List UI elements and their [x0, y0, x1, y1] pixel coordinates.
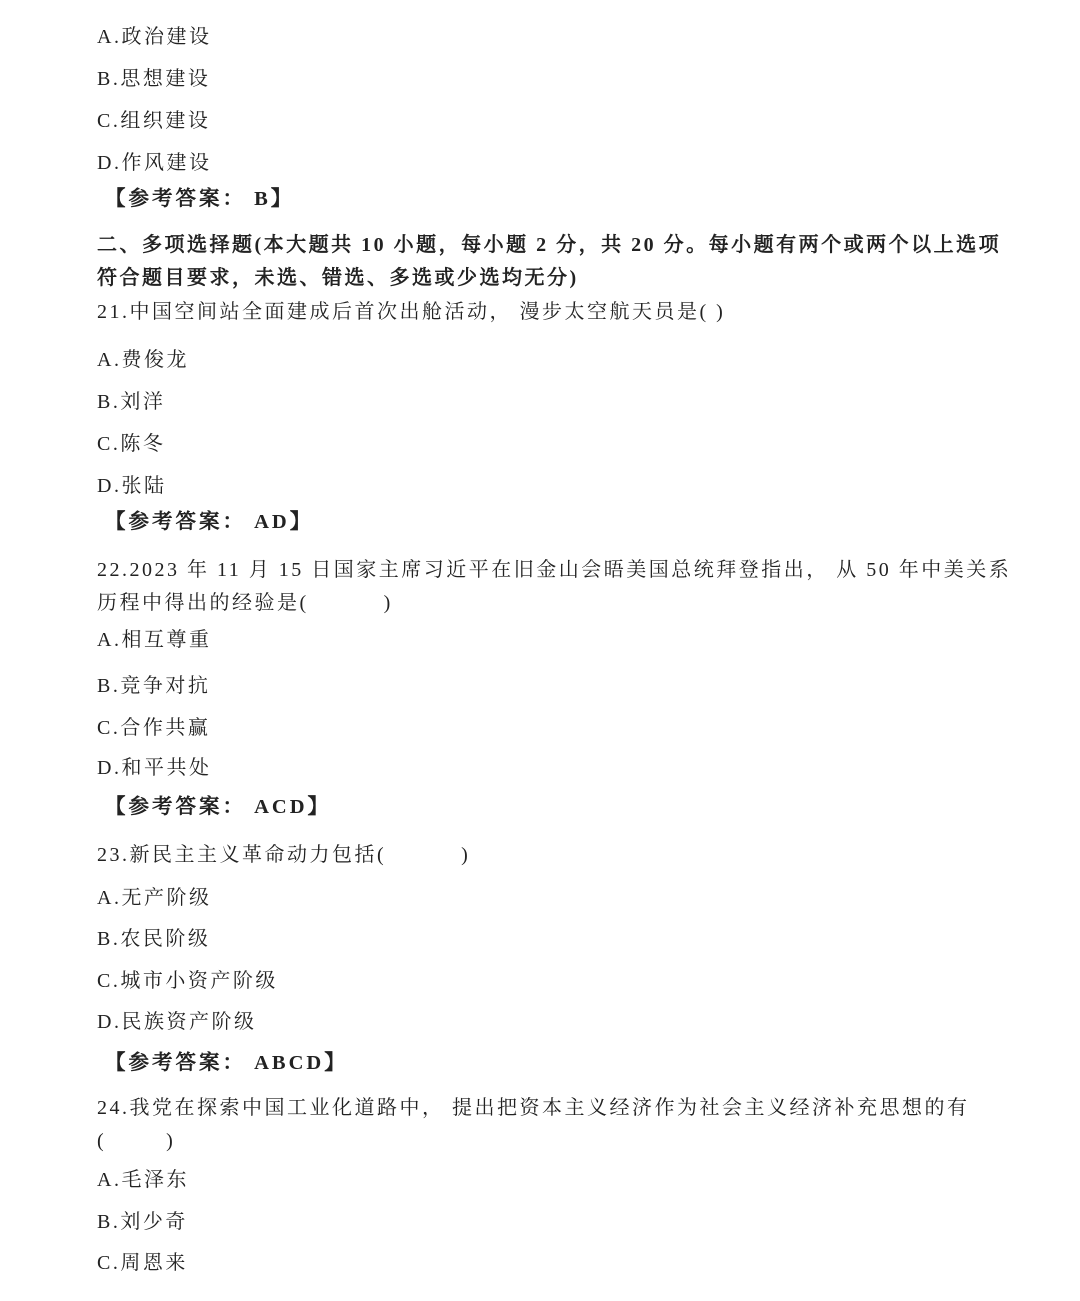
prev-question-option-c: C.组织建设: [97, 105, 210, 137]
q24-stem-line-1: 24.我党在探索中国工业化道路中， 提出把资本主义经济作为社会主义经济补充思想的…: [97, 1092, 970, 1125]
prev-question-option-a: A.政治建设: [97, 21, 211, 53]
q21-option-d: D.张陆: [97, 470, 166, 502]
prev-question-answer: 【参考答案： B】: [105, 183, 294, 215]
exam-document-page: A.政治建设 B.思想建设 C.组织建设 D.作风建设 【参考答案： B】 二、…: [0, 0, 1080, 1301]
q21-stem: 21.中国空间站全面建成后首次出舱活动， 漫步太空航天员是( ): [97, 296, 725, 328]
q22-stem-line-2: 历程中得出的经验是( ): [97, 587, 1011, 620]
section-header: 二、多项选择题(本大题共 10 小题，每小题 2 分，共 20 分。每小题有两个…: [97, 229, 1001, 295]
q24-stem-line-2: ( ): [97, 1125, 970, 1158]
q22-answer: 【参考答案： ACD】: [105, 791, 331, 823]
q24-option-b: B.刘少奇: [97, 1206, 188, 1238]
section-header-line-1: 二、多项选择题(本大题共 10 小题，每小题 2 分，共 20 分。每小题有两个…: [97, 229, 1001, 262]
q21-option-c: C.陈冬: [97, 428, 165, 460]
q21-option-a: A.费俊龙: [97, 344, 189, 376]
q23-answer: 【参考答案： ABCD】: [105, 1047, 348, 1079]
section-header-line-2: 符合题目要求，未选、错选、多选或少选均无分): [97, 262, 1001, 295]
q23-option-c: C.城市小资产阶级: [97, 965, 278, 997]
prev-question-option-b: B.思想建设: [97, 63, 210, 95]
q22-stem-line-1: 22.2023 年 11 月 15 日国家主席习近平在旧金山会晤美国总统拜登指出…: [97, 554, 1011, 587]
q24-option-c: C.周恩来: [97, 1247, 188, 1279]
prev-question-option-d: D.作风建设: [97, 147, 211, 179]
q23-option-b: B.农民阶级: [97, 923, 210, 955]
q22-option-b: B.竞争对抗: [97, 670, 210, 702]
q24-stem: 24.我党在探索中国工业化道路中， 提出把资本主义经济作为社会主义经济补充思想的…: [97, 1092, 970, 1158]
q21-answer: 【参考答案： AD】: [105, 506, 313, 538]
q23-stem: 23.新民主主义革命动力包括( ): [97, 839, 470, 871]
q21-option-b: B.刘洋: [97, 386, 165, 418]
q23-option-a: A.无产阶级: [97, 882, 211, 914]
q23-option-d: D.民族资产阶级: [97, 1006, 256, 1038]
q22-option-d: D.和平共处: [97, 752, 211, 784]
q22-option-c: C.合作共赢: [97, 712, 210, 744]
q24-option-a: A.毛泽东: [97, 1164, 189, 1196]
q22-stem: 22.2023 年 11 月 15 日国家主席习近平在旧金山会晤美国总统拜登指出…: [97, 554, 1011, 620]
q22-option-a: A.相互尊重: [97, 624, 211, 656]
